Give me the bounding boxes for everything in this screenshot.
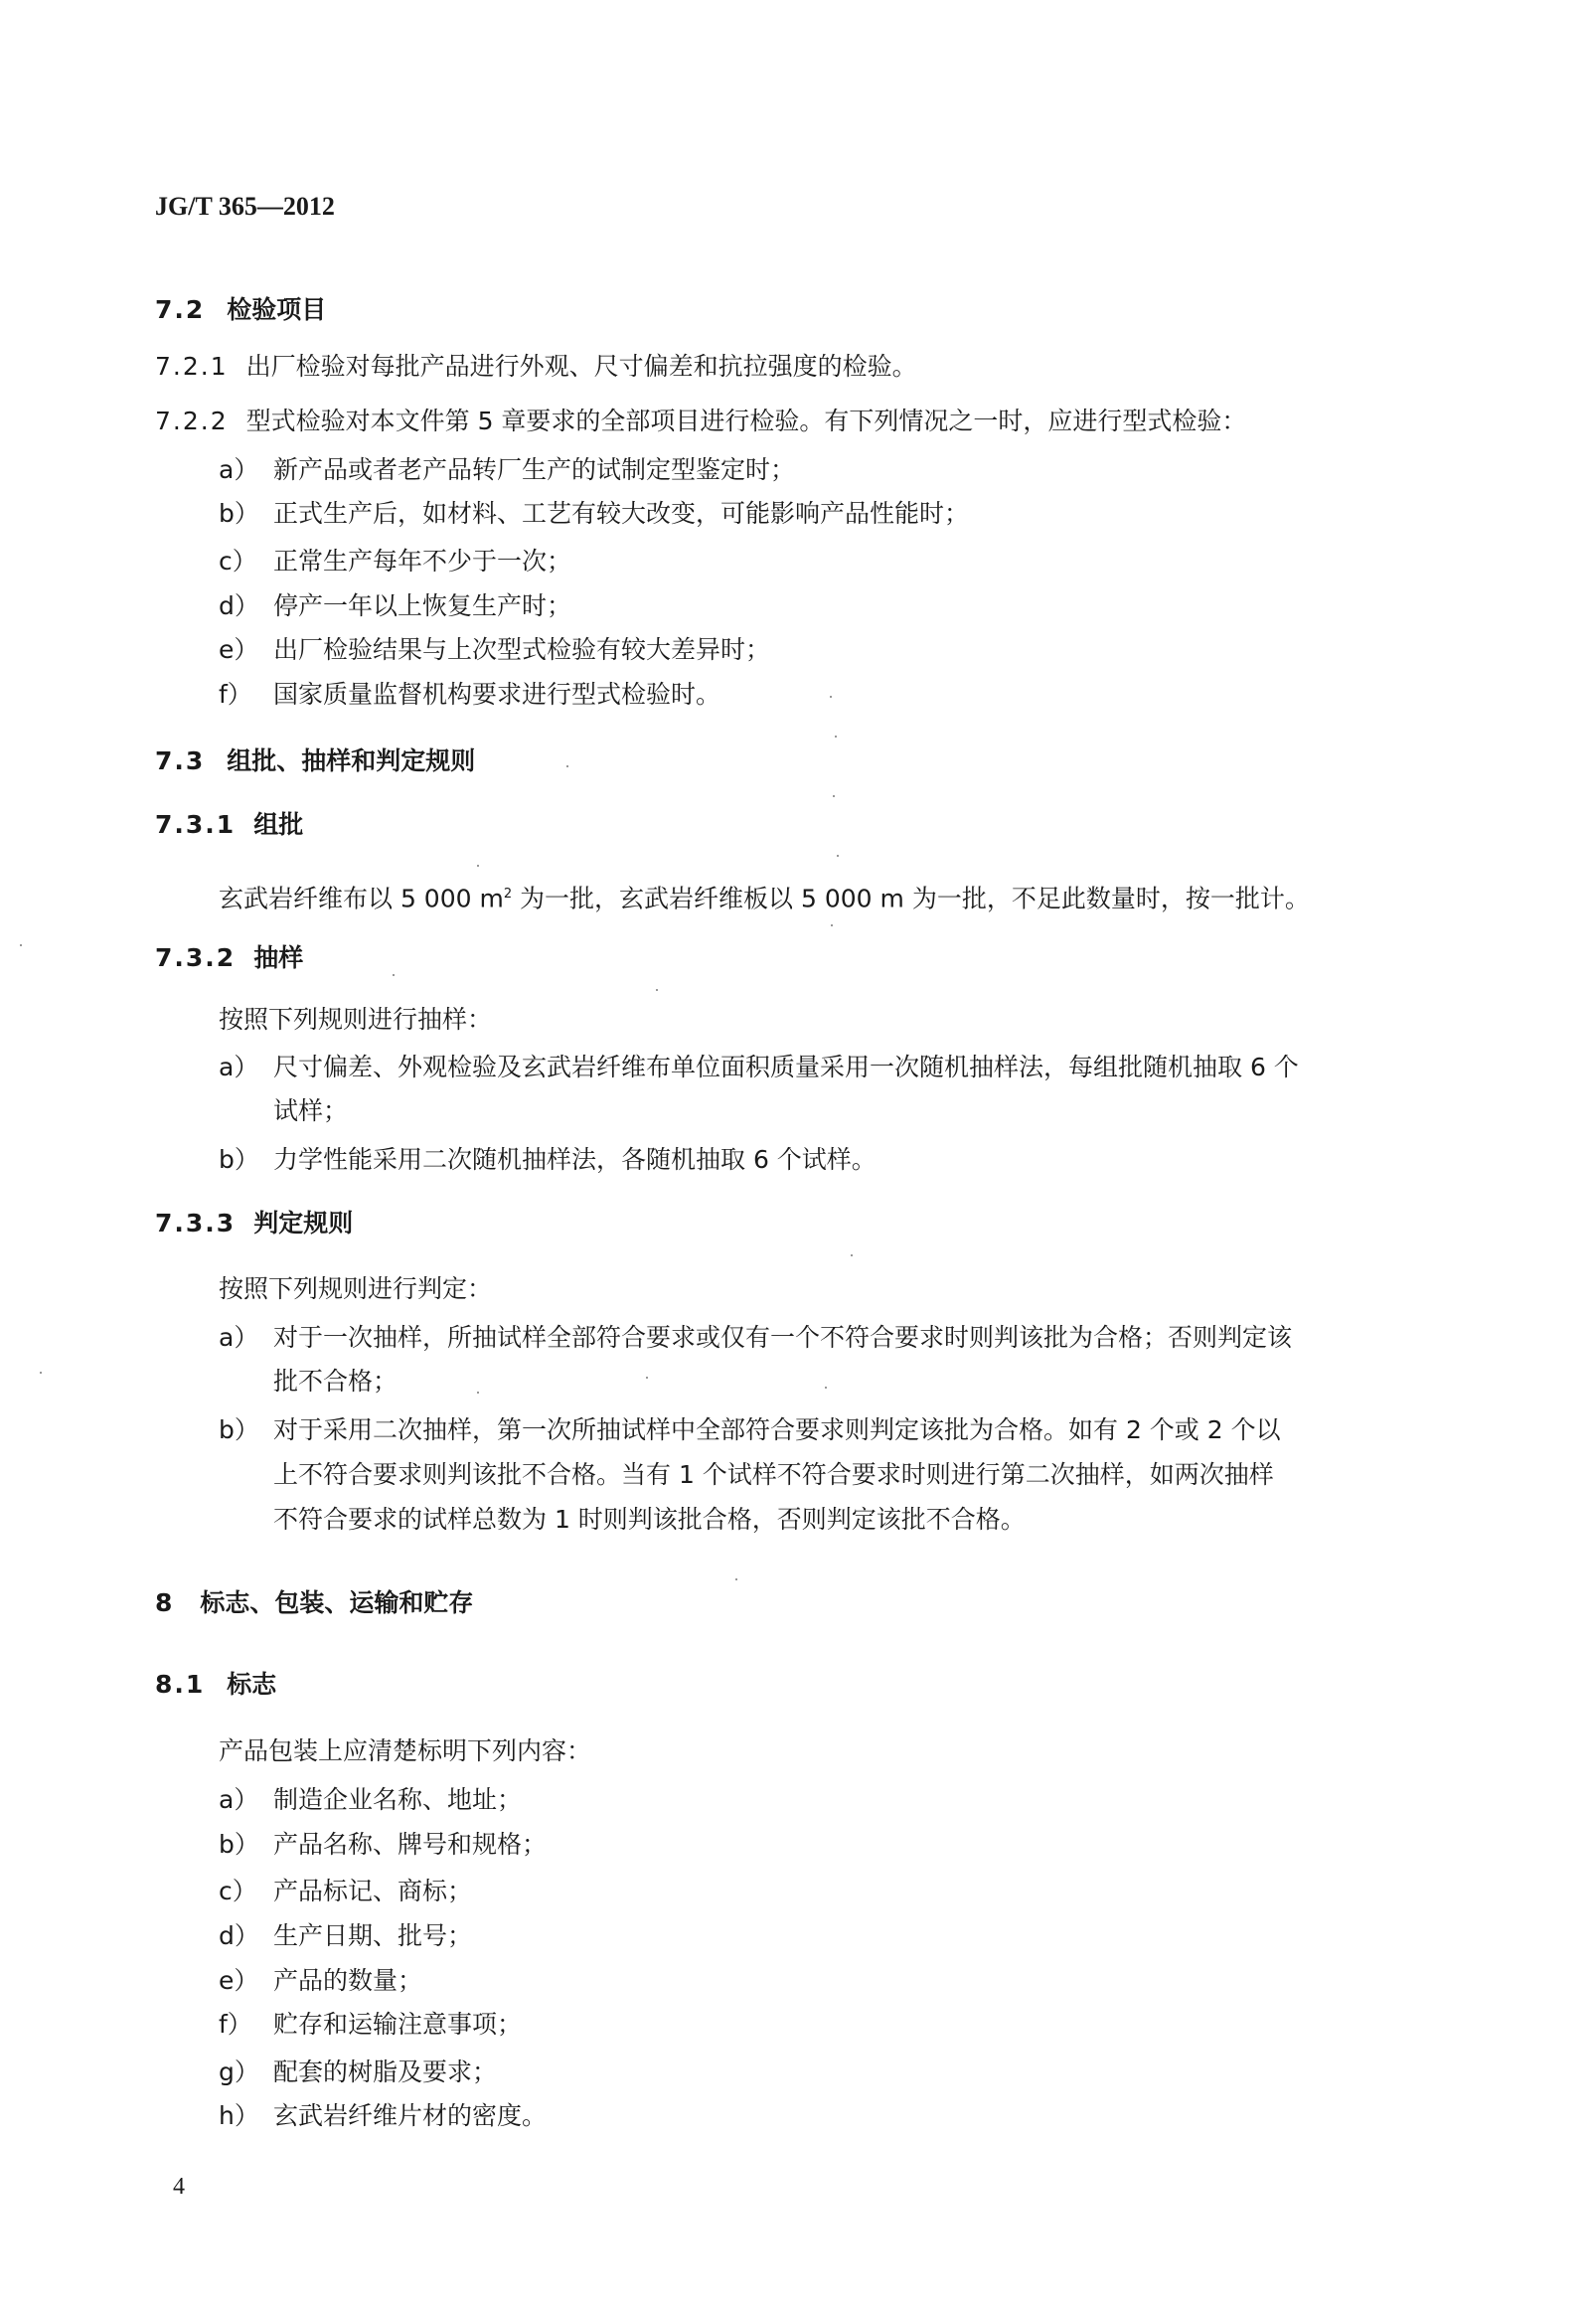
list-item: 出厂检验结果与上次型式检验有较大差异时；	[273, 635, 770, 665]
page-number: 4	[173, 2174, 185, 2201]
clause-text: 出厂检验对每批产品进行外观、尺寸偏差和抗拉强度的检验。	[246, 352, 917, 381]
list-item: 正常生产每年不少于一次；	[273, 547, 571, 576]
section-title: 检验项目	[227, 295, 326, 324]
section-8-1-heading: 8.1标志	[155, 1670, 276, 1700]
list-item-line: 不符合要求的试样总数为 1 时则判该批合格，否则判定该批不合格。	[273, 1505, 1026, 1535]
clause-7-3-3-heading: 7.3.3判定规则	[155, 1209, 353, 1238]
section-number: 8.1	[155, 1670, 205, 1700]
list-item-line: 力学性能采用二次随机抽样法，各随机抽取 6 个试样。	[273, 1145, 877, 1175]
list-item-line: 试样；	[273, 1096, 348, 1126]
clause-title: 组批	[253, 810, 303, 839]
list-item-line: 尺寸偏差、外观检验及玄武岩纤维布单位面积质量采用一次随机抽样法，每组批随机抽取 …	[273, 1053, 1299, 1082]
list-label: a）	[219, 1323, 258, 1353]
list-item: 玄武岩纤维片材的密度。	[273, 2101, 547, 2131]
clause-7-2-1: 7.2.1出厂检验对每批产品进行外观、尺寸偏差和抗拉强度的检验。	[155, 352, 917, 382]
superscript: 2	[504, 887, 512, 902]
list-item: 贮存和运输注意事项；	[273, 2010, 522, 2040]
list-label: a）	[219, 455, 258, 485]
text-part: 为一批，玄武岩纤维板以 5 000 m 为一批，不足此数量时，按一批计。	[512, 884, 1310, 912]
section-title: 组批、抽样和判定规则	[227, 746, 475, 775]
list-item-line: 对于采用二次抽样，第一次所抽试样中全部符合要求则判定该批为合格。如有 2 个或 …	[273, 1415, 1281, 1445]
list-item: 配套的树脂及要求；	[273, 2058, 497, 2087]
list-item: 制造企业名称、地址；	[273, 1785, 522, 1815]
list-label: h）	[219, 2101, 259, 2131]
clause-intro: 按照下列规则进行抽样：	[219, 1005, 492, 1035]
section-number: 8	[155, 1588, 174, 1618]
clause-intro: 按照下列规则进行判定：	[219, 1274, 492, 1304]
list-item: 产品名称、牌号和规格；	[273, 1830, 547, 1860]
clause-7-3-1-heading: 7.3.1组批	[155, 810, 303, 840]
list-label: f）	[219, 680, 252, 710]
clause-title: 抽样	[253, 943, 303, 972]
list-item-line: 对于一次抽样，所抽试样全部符合要求或仅有一个不符合要求时则判该批为合格；否则判定…	[273, 1323, 1292, 1353]
section-8-heading: 8标志、包装、运输和贮存	[155, 1588, 473, 1618]
list-label: b）	[219, 1145, 259, 1175]
list-item: 生产日期、批号；	[273, 1921, 472, 1951]
list-label: b）	[219, 1415, 259, 1445]
list-label: c）	[219, 1877, 257, 1906]
section-title: 标志、包装、运输和贮存	[200, 1588, 473, 1617]
list-label: a）	[219, 1053, 258, 1082]
standard-code: JG/T 365—2012	[155, 192, 335, 222]
clause-number: 7.3.2	[155, 943, 236, 973]
clause-7-3-2-heading: 7.3.2抽样	[155, 943, 303, 973]
list-item: 停产一年以上恢复生产时；	[273, 591, 571, 621]
clause-number: 7.3.1	[155, 810, 236, 840]
list-label: e）	[219, 635, 258, 665]
clause-number: 7.2.1	[155, 352, 229, 382]
list-item-line: 上不符合要求则判该批不合格。当有 1 个试样不符合要求时则进行第二次抽样，如两次…	[273, 1460, 1274, 1490]
list-item: 产品标记、商标；	[273, 1877, 472, 1906]
list-item: 新产品或者老产品转厂生产的试制定型鉴定时；	[273, 455, 795, 485]
clause-text: 型式检验对本文件第 5 章要求的全部项目进行检验。有下列情况之一时，应进行型式检…	[246, 407, 1247, 435]
list-label: c）	[219, 547, 257, 576]
section-number: 7.3	[155, 746, 205, 776]
section-number: 7.2	[155, 295, 205, 325]
clause-7-2-2: 7.2.2型式检验对本文件第 5 章要求的全部项目进行检验。有下列情况之一时，应…	[155, 407, 1246, 436]
list-item: 正式生产后，如材料、工艺有较大改变，可能影响产品性能时；	[273, 499, 969, 529]
list-label: a）	[219, 1785, 258, 1815]
clause-title: 判定规则	[253, 1209, 353, 1237]
clause-7-3-1-text: 玄武岩纤维布以 5 000 m2 为一批，玄武岩纤维板以 5 000 m 为一批…	[219, 880, 1310, 913]
clause-number: 7.2.2	[155, 407, 229, 436]
list-label: b）	[219, 1830, 259, 1860]
clause-number: 7.3.3	[155, 1209, 236, 1238]
section-7-2-heading: 7.2检验项目	[155, 295, 326, 325]
list-item: 国家质量监督机构要求进行型式检验时。	[273, 680, 720, 710]
list-label: g）	[219, 2058, 259, 2087]
list-item: 产品的数量；	[273, 1966, 422, 1996]
list-item-line: 批不合格；	[273, 1367, 398, 1397]
list-label: b）	[219, 499, 259, 529]
section-title: 标志	[227, 1670, 276, 1699]
text-part: 玄武岩纤维布以 5 000 m	[219, 884, 504, 912]
list-label: d）	[219, 1921, 259, 1951]
list-label: e）	[219, 1966, 258, 1996]
section-7-3-heading: 7.3组批、抽样和判定规则	[155, 746, 475, 776]
list-label: d）	[219, 591, 259, 621]
list-label: f）	[219, 2010, 252, 2040]
clause-intro: 产品包装上应清楚标明下列内容：	[219, 1736, 591, 1766]
